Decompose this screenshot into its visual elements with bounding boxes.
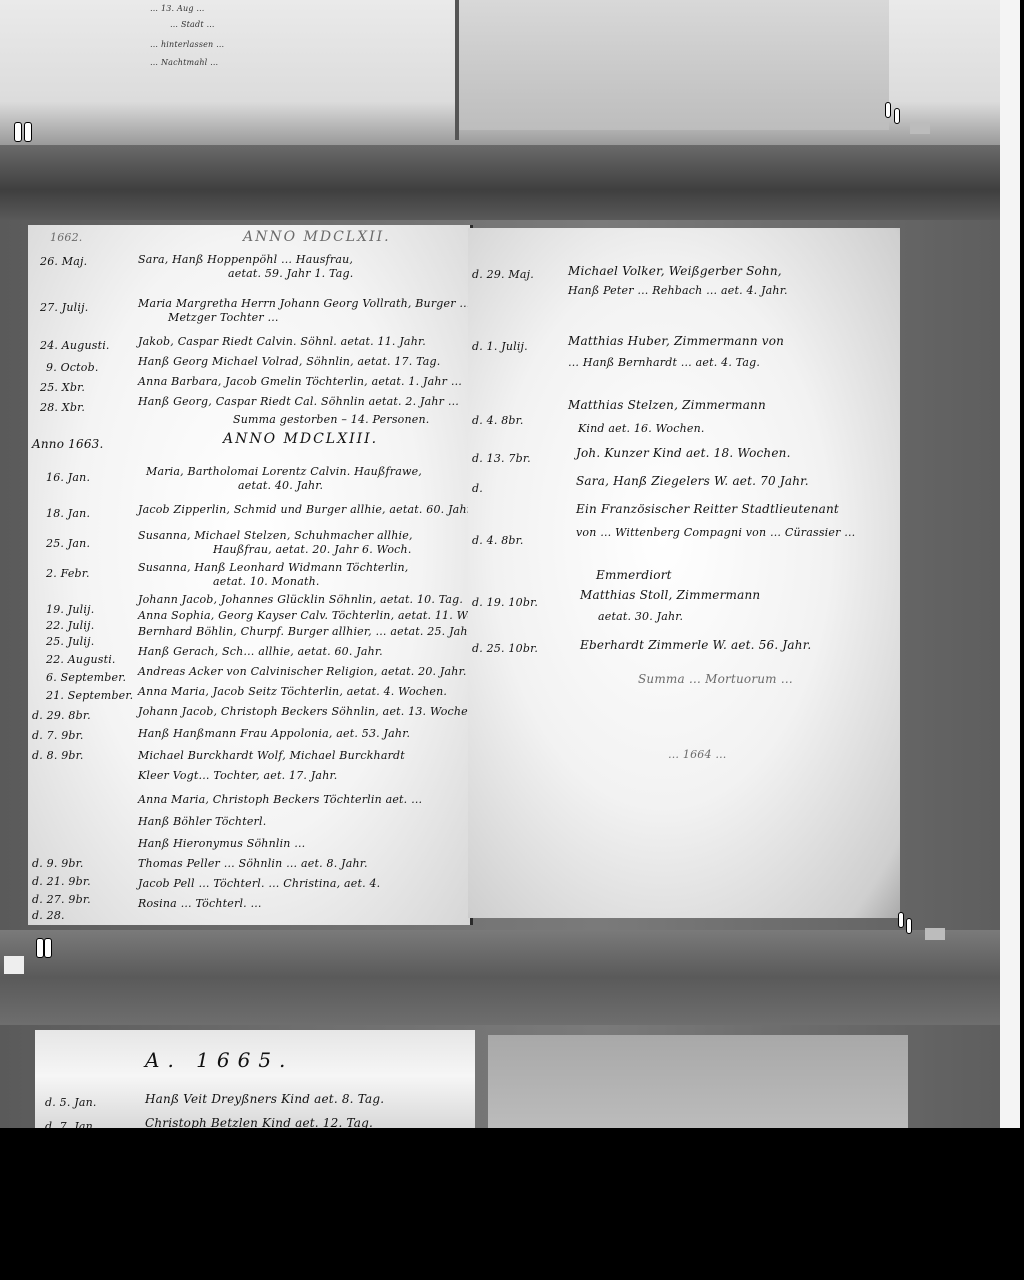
entry-text: Michael Volker, Weißgerber Sohn, [568, 264, 782, 278]
entry-text: Rosina … Töchterl. … [138, 897, 262, 910]
entry-date: d. 8. 9br. [32, 749, 84, 762]
entry-text: Maria, Bartholomai Lorentz Calvin. Haußf… [146, 465, 422, 478]
fragment-line: … Nachtmahl … [150, 58, 218, 67]
entry-text: Eberhardt Zimmerle W. aet. 56. Jahr. [580, 638, 811, 652]
entry-text: Maria Margretha Herrn Johann Georg Vollr… [138, 297, 471, 310]
page-gutter [455, 0, 459, 140]
year-label: 1662. [50, 231, 83, 244]
entry-date: d. 5. Jan. [45, 1096, 97, 1109]
entry-text: Matthias Stoll, Zimmermann [580, 588, 760, 602]
entry-text: Emmerdiort [596, 568, 672, 582]
left-page: 1662. ANNO MDCLXII. 26. Maj. Sara, Hanß … [28, 225, 473, 925]
summary-line: Summa … Mortuorum … [638, 672, 793, 686]
entry-date: 25. Julij. [46, 635, 94, 648]
entry-text: Hanß Hieronymus Söhnlin … [138, 837, 305, 850]
entry-date: d. 29. Maj. [472, 268, 534, 281]
entry-text: Hanß Georg, Caspar Riedt Cal. Söhnlin ae… [138, 395, 459, 408]
entry-note: Hanß Peter … Rehbach … aet. 4. Jahr. [568, 284, 788, 297]
entry-date: 21. September. [46, 689, 133, 702]
entry-text: Thomas Peller … Söhnlin … aet. 8. Jahr. [138, 857, 368, 870]
entry-text: Anna Barbara, Jacob Gmelin Töchterlin, a… [138, 375, 462, 388]
year-heading: ANNO MDCLXII. [243, 229, 391, 245]
faint-line: … 1664 … [668, 748, 727, 761]
entry-note: Haußfrau, aetat. 20. Jahr 6. Woch. [213, 543, 412, 556]
film-frame-mark [898, 912, 904, 928]
entry-text: Hanß Böhler Töchterl. [138, 815, 266, 828]
entry-text: Susanna, Michael Stelzen, Schuhmacher al… [138, 529, 413, 542]
entry-text: Jacob Zipperlin, Schmid und Burger allhi… [138, 503, 475, 516]
film-separator-band [0, 930, 1000, 1025]
entry-date: 24. Augusti. [40, 339, 110, 352]
entry-note: Kind aet. 16. Wochen. [578, 422, 705, 435]
entry-text: Jacob Pell … Töchterl. … Christina, aet.… [138, 877, 380, 890]
fragment-line: … Stadt … [170, 20, 215, 29]
entry-note: aetat. 40. Jahr. [238, 479, 323, 492]
entry-date: d. 7. 9br. [32, 729, 84, 742]
entry-date: d. [472, 482, 483, 495]
entry-text: Johann Jacob, Christoph Beckers Söhnlin,… [138, 705, 479, 718]
previous-frame-right-page [459, 0, 889, 130]
film-border [0, 1128, 1024, 1280]
entry-date: d. 29. 8br. [32, 709, 91, 722]
entry-date: 27. Julij. [40, 301, 88, 314]
entry-text: Anna Sophia, Georg Kayser Calv. Töchterl… [138, 609, 492, 622]
entry-note: … Hanß Bernhardt … aet. 4. Tag. [568, 356, 760, 369]
film-tab [925, 928, 945, 940]
entry-date: d. 19. 10br. [472, 596, 538, 609]
entry-date: 18. Jan. [46, 507, 90, 520]
entry-date: d. 4. 8br. [472, 534, 524, 547]
film-frame-mark [894, 108, 900, 124]
entry-text: Anna Maria, Christoph Beckers Töchterlin… [138, 793, 422, 806]
entry-date: 26. Maj. [40, 255, 87, 268]
entry-text: Ein Französischer Reitter Stadtlieutenan… [576, 502, 839, 516]
next-frame-right-page [488, 1035, 908, 1135]
entry-date: 16. Jan. [46, 471, 90, 484]
entry-date: d. 9. 9br. [32, 857, 84, 870]
entry-text: Jakob, Caspar Riedt Calvin. Söhnl. aetat… [138, 335, 426, 348]
film-separator-band [0, 145, 1000, 220]
entry-note: Metzger Tochter … [168, 311, 279, 324]
right-page: d. 29. Maj. Michael Volker, Weißgerber S… [468, 228, 900, 918]
entry-date: 22. Julij. [46, 619, 94, 632]
entry-date: d. 25. 10br. [472, 642, 538, 655]
entry-note: aetat. 30. Jahr. [598, 610, 683, 623]
year-heading: ANNO MDCLXIII. [223, 431, 378, 447]
entry-date: d. 28. [32, 909, 65, 922]
film-frame-mark [885, 102, 891, 118]
entry-date: 22. Augusti. [46, 653, 116, 666]
entry-text: Hanß Georg Michael Volrad, Söhnlin, aeta… [138, 355, 441, 368]
entry-text: Susanna, Hanß Leonhard Widmann Töchterli… [138, 561, 408, 574]
film-frame-mark [24, 122, 32, 142]
fragment-line: … 13. Aug … [150, 4, 205, 13]
film-tab [4, 956, 24, 974]
film-frame-mark [906, 918, 912, 934]
entry-date: d. 27. 9br. [32, 893, 91, 906]
entry-date: d. 1. Julij. [472, 340, 528, 353]
film-tab [910, 122, 930, 134]
year-label: Anno 1663. [32, 437, 104, 451]
entry-note: aetat. 59. Jahr 1. Tag. [228, 267, 353, 280]
entry-date: 2. Febr. [46, 567, 90, 580]
previous-frame: … 13. Aug … … Stadt … … hinterlassen … …… [0, 0, 1000, 145]
summary-line: Summa gestorben – 14. Personen. [233, 413, 429, 426]
entry-date: 6. September. [46, 671, 126, 684]
entry-date: 25. Xbr. [40, 381, 85, 394]
entry-text: Matthias Huber, Zimmermann von [568, 334, 784, 348]
entry-date: d. 13. 7br. [472, 452, 531, 465]
entry-date: 25. Jan. [46, 537, 90, 550]
film-frame-mark [36, 938, 44, 958]
entry-text: Sara, Hanß Hoppenpöhl … Hausfrau, [138, 253, 353, 266]
entry-text: Hanß Veit Dreyßners Kind aet. 8. Tag. [145, 1092, 384, 1106]
entry-text: Kleer Vogt… Tochter, aet. 17. Jahr. [138, 769, 337, 782]
entry-text: Hanß Hanßmann Frau Appolonia, aet. 53. J… [138, 727, 410, 740]
entry-text: Andreas Acker von Calvinischer Religion,… [138, 665, 467, 678]
entry-date: 28. Xbr. [40, 401, 85, 414]
entry-text: Bernhard Böhlin, Churpf. Burger allhier,… [138, 625, 476, 638]
entry-text: Matthias Stelzen, Zimmermann [568, 398, 766, 412]
fragment-line: … hinterlassen … [150, 40, 224, 49]
entry-text: Anna Maria, Jacob Seitz Töchterlin, aeta… [138, 685, 447, 698]
year-heading: A. 1665. [145, 1048, 293, 1072]
entry-date: 9. Octob. [46, 361, 99, 374]
entry-text: Hanß Gerach, Sch… allhie, aetat. 60. Jah… [138, 645, 383, 658]
film-frame-mark [14, 122, 22, 142]
entry-date: 19. Julij. [46, 603, 94, 616]
entry-text: Joh. Kunzer Kind aet. 18. Wochen. [576, 446, 791, 460]
entry-text: Sara, Hanß Ziegelers W. aet. 70 Jahr. [576, 474, 809, 488]
film-frame-mark [44, 938, 52, 958]
entry-text: Michael Burckhardt Wolf, Michael Burckha… [138, 749, 405, 762]
entry-note: aetat. 10. Monath. [213, 575, 320, 588]
entry-note: von … Wittenberg Compagni von … Cürassie… [576, 526, 855, 539]
entry-date: d. 4. 8br. [472, 414, 524, 427]
entry-text: Johann Jacob, Johannes Glücklin Söhnlin,… [138, 593, 463, 606]
entry-date: d. 21. 9br. [32, 875, 91, 888]
film-edge [1000, 0, 1020, 1130]
